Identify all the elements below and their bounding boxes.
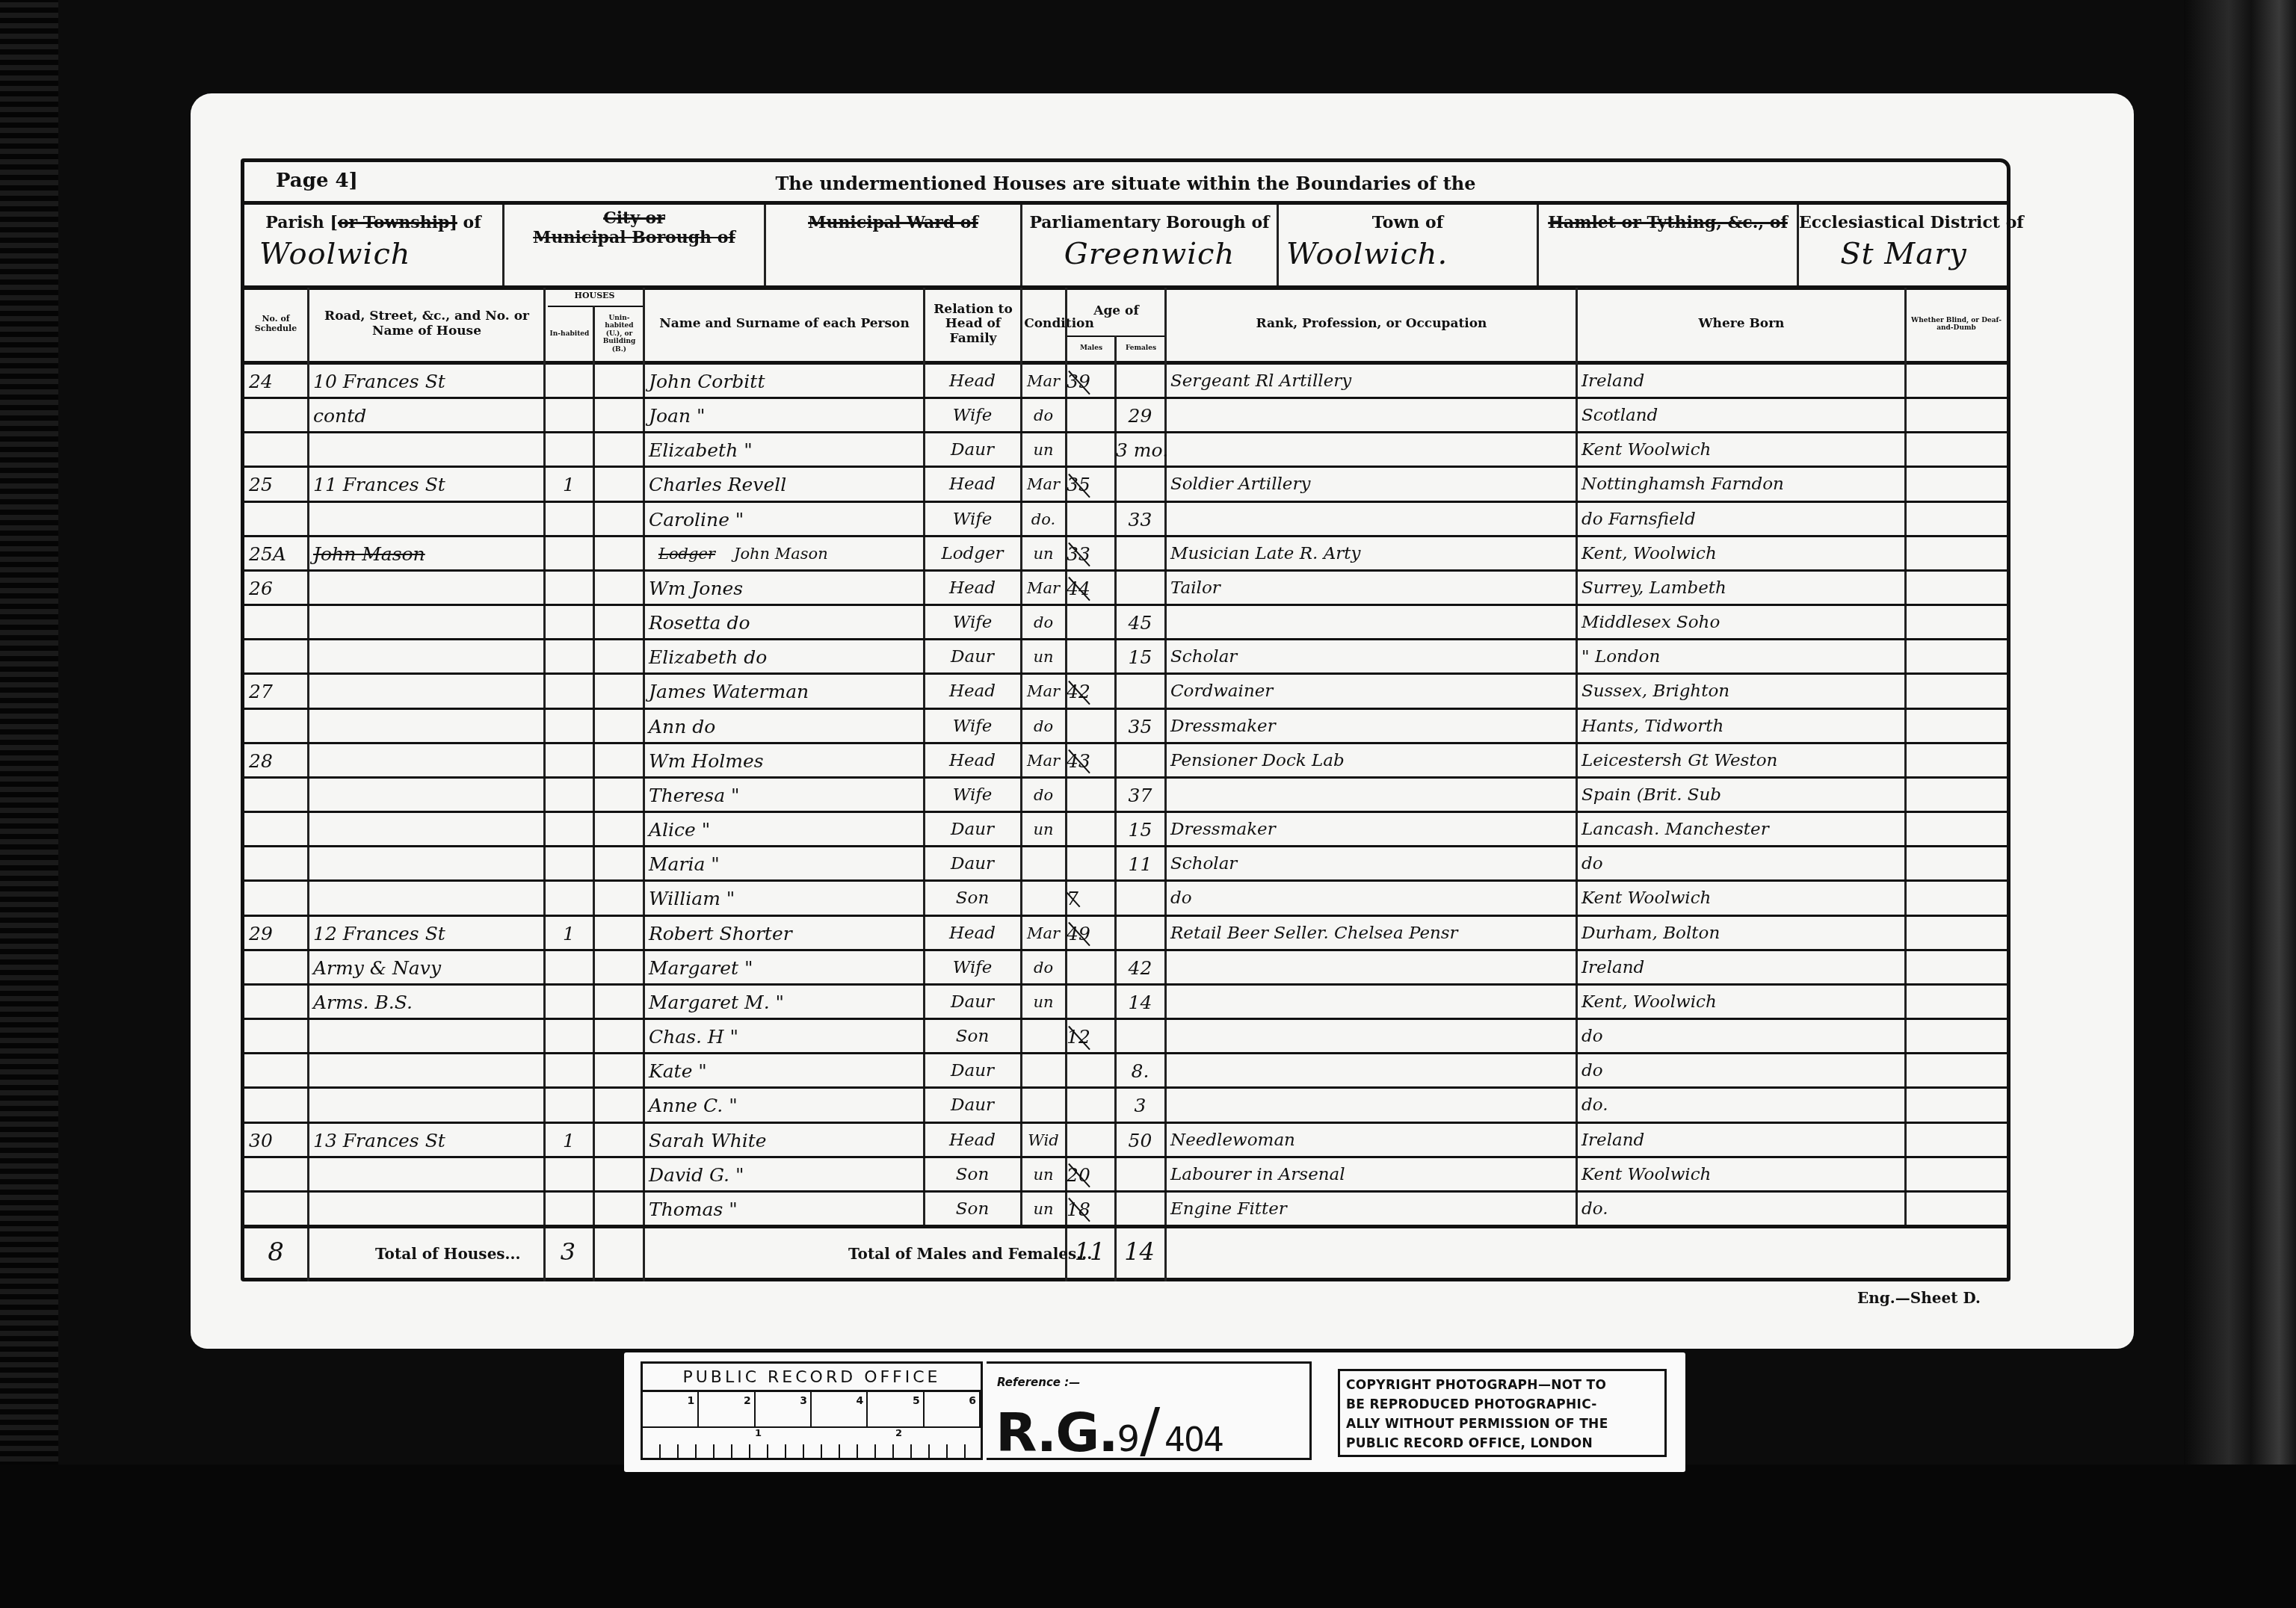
inhabited-count — [545, 365, 593, 399]
condition — [1022, 1020, 1065, 1054]
occupation: Tailor — [1166, 572, 1576, 606]
cm-mark: 4 — [812, 1392, 868, 1426]
female-age: 33 — [1116, 503, 1164, 537]
cm-mark: 5 — [868, 1392, 924, 1426]
relation: Wife — [925, 606, 1020, 640]
table-row: Caroline "Wifedo.33do Farnsfield — [244, 503, 2007, 537]
address — [309, 744, 543, 779]
where-born: do — [1577, 1054, 1904, 1089]
where-born: do — [1577, 1020, 1904, 1054]
address: Army & Navy — [309, 951, 543, 986]
cm-mark: 3 — [756, 1392, 812, 1426]
table-row: William "Son7doKent Woolwich — [244, 882, 2007, 916]
struck-text: or Township] — [338, 213, 457, 232]
condition: Mar — [1022, 675, 1065, 709]
occupation — [1166, 779, 1576, 813]
condition: un — [1022, 537, 1065, 572]
male-age — [1067, 399, 1114, 433]
inhabited-count — [545, 640, 593, 675]
struck-name: Lodger — [654, 537, 715, 572]
col-header-schedule: No. of Schedule — [244, 288, 307, 361]
relation: Head — [925, 917, 1020, 951]
col-header-occupation: Rank, Profession, or Occupation — [1166, 288, 1577, 361]
condition: Mar — [1022, 744, 1065, 779]
female-age — [1116, 1020, 1164, 1054]
condition: un — [1022, 433, 1065, 468]
male-age — [1067, 1054, 1114, 1089]
male-age — [1067, 503, 1114, 537]
inhabited-count — [545, 813, 593, 847]
male-age: 39 — [1067, 371, 1090, 392]
address — [309, 1193, 543, 1227]
occupation — [1166, 399, 1576, 433]
occupation: do — [1166, 882, 1576, 916]
occupation — [1166, 986, 1576, 1020]
schedule-number — [244, 433, 307, 468]
col-header-address: Road, Street, &c., and No. or Name of Ho… — [309, 288, 545, 361]
boundary-parliamentary-borough: Parliamentary Borough of Greenwich — [1022, 205, 1277, 288]
table-row: David G. "Sonun20Labourer in ArsenalKent… — [244, 1158, 2007, 1193]
inhabited-count: 1 — [545, 468, 593, 502]
condition: do — [1022, 710, 1065, 744]
parish-value: Woolwich — [244, 237, 502, 271]
person-name: Sarah White — [644, 1124, 923, 1158]
relation: Head — [925, 675, 1020, 709]
relation: Son — [925, 1158, 1020, 1193]
table-row: Arms. B.S.Margaret M. "Daurun14Kent, Woo… — [244, 986, 2007, 1020]
person-name: Charles Revell — [644, 468, 923, 502]
condition: do — [1022, 951, 1065, 986]
col-header-relation: Relation to Head of Family — [925, 288, 1022, 361]
col-header-houses: HOUSES — [545, 288, 644, 304]
address: Arms. B.S. — [309, 986, 543, 1020]
schedule-number — [244, 1089, 307, 1123]
inhabited-count — [545, 744, 593, 779]
divider — [244, 201, 2007, 205]
address — [309, 779, 543, 813]
male-age — [1067, 847, 1114, 882]
female-age: 3 mo. — [1116, 433, 1164, 468]
schedule-number — [244, 1193, 307, 1227]
schedule-number: 24 — [244, 365, 307, 399]
table-row: Elizabeth "Daurun3 mo.Kent Woolwich — [244, 433, 2007, 468]
male-age — [1067, 813, 1114, 847]
boundary-hamlet: Hamlet or Tything, &c., of — [1539, 205, 1797, 288]
col-header-name: Name and Surname of each Person — [644, 288, 925, 361]
col-header-uninhabited: Unin-habited (U.), or Building (B.) — [594, 307, 644, 361]
person-name: Thomas " — [644, 1193, 923, 1227]
condition: Mar — [1022, 572, 1065, 606]
condition — [1022, 882, 1065, 916]
schedule-number — [244, 1020, 307, 1054]
cm-mark: 2 — [699, 1392, 755, 1426]
occupation: Sergeant Rl Artillery — [1166, 365, 1576, 399]
table-row: Rosetta doWifedo45Middlesex Soho — [244, 606, 2007, 640]
cm-mark: 1 — [643, 1392, 699, 1426]
boundaries-title: The undermentioned Houses are situate wi… — [244, 173, 2007, 194]
town-value: Woolwich. — [1279, 237, 1537, 271]
male-age: 7 — [1067, 888, 1078, 909]
census-page: Page 4] The undermentioned Houses are si… — [191, 93, 2134, 1349]
where-born: do. — [1577, 1089, 1904, 1123]
col-header-males: Males — [1067, 335, 1116, 361]
inch-mark: 2 — [895, 1428, 902, 1439]
male-age: 12 — [1067, 1026, 1090, 1048]
table-row: Army & NavyMargaret "Wifedo42Ireland — [244, 951, 2007, 986]
female-age: 50 — [1116, 1124, 1164, 1158]
relation: Wife — [925, 710, 1020, 744]
schedule-number: 25A — [244, 537, 307, 572]
address — [309, 847, 543, 882]
census-entries: 2410 Frances StJohn CorbittHeadMar39Serg… — [244, 365, 2007, 1227]
table-row: Alice "Daurun15DressmakerLancash. Manche… — [244, 813, 2007, 847]
schedule-number: 26 — [244, 572, 307, 606]
person-name: Margaret " — [644, 951, 923, 986]
occupation: Retail Beer Seller. Chelsea Pensr — [1166, 917, 1576, 951]
relation: Head — [925, 468, 1020, 502]
person-name: Maria " — [644, 847, 923, 882]
person-name: John Corbitt — [644, 365, 923, 399]
person-name: Ann do — [644, 710, 923, 744]
relation: Daur — [925, 847, 1020, 882]
female-age — [1116, 917, 1164, 951]
where-born: Kent Woolwich — [1577, 882, 1904, 916]
col-header-inhabited: In-habited — [545, 307, 594, 361]
condition — [1022, 1054, 1065, 1089]
condition: un — [1022, 1193, 1065, 1227]
address — [309, 1158, 543, 1193]
table-row: 28Wm HolmesHeadMar43Pensioner Dock LabLe… — [244, 744, 2007, 779]
schedule-number — [244, 606, 307, 640]
inhabited-count — [545, 537, 593, 572]
female-age: 8. — [1116, 1054, 1164, 1089]
table-row: Anne C. "Daur3do. — [244, 1089, 2007, 1123]
male-age: 35 — [1067, 474, 1090, 495]
address — [309, 572, 543, 606]
relation: Head — [925, 365, 1020, 399]
table-row: Theresa "Wifedo37Spain (Brit. Sub — [244, 779, 2007, 813]
table-row: 2410 Frances StJohn CorbittHeadMar39Serg… — [244, 365, 2007, 399]
occupation — [1166, 503, 1576, 537]
address: 12 Frances St — [309, 917, 543, 951]
condition — [1022, 847, 1065, 882]
address — [309, 606, 543, 640]
table-row: Maria "Daur11Scholardo — [244, 847, 2007, 882]
condition: un — [1022, 1158, 1065, 1193]
address: contd — [309, 399, 543, 433]
inhabited-count — [545, 503, 593, 537]
female-age — [1116, 365, 1164, 399]
person-name: Wm Holmes — [644, 744, 923, 779]
occupation: Musician Late R. Arty — [1166, 537, 1576, 572]
where-born: Sussex, Brighton — [1577, 675, 1904, 709]
occupation: Needlewoman — [1166, 1124, 1576, 1158]
table-row: 26Wm JonesHeadMar44TailorSurrey, Lambeth — [244, 572, 2007, 606]
inhabited-count — [545, 1054, 593, 1089]
male-age: 20 — [1067, 1164, 1090, 1186]
relation: Son — [925, 1020, 1020, 1054]
relation: Wife — [925, 779, 1020, 813]
schedule-number: 28 — [244, 744, 307, 779]
table-row: contdJoan "Wifedo29Scotland — [244, 399, 2007, 433]
inhabited-count — [545, 779, 593, 813]
schedule-number — [244, 813, 307, 847]
boundary-municipal-borough: City or Municipal Borough of — [504, 205, 764, 288]
person-name: Anne C. " — [644, 1089, 923, 1123]
condition: do. — [1022, 503, 1065, 537]
inhabited-count: 1 — [545, 1124, 593, 1158]
condition: Wid — [1022, 1124, 1065, 1158]
occupation: Scholar — [1166, 847, 1576, 882]
total-males-value: 11 — [1065, 1237, 1114, 1266]
person-name: Caroline " — [644, 503, 923, 537]
address — [309, 1054, 543, 1089]
female-age: 15 — [1116, 813, 1164, 847]
condition: Mar — [1022, 365, 1065, 399]
inhabited-count — [545, 399, 593, 433]
male-age — [1067, 1124, 1114, 1158]
condition: un — [1022, 813, 1065, 847]
male-age: 42 — [1067, 681, 1090, 702]
boundary-parish: Parish [or Township] of Woolwich — [244, 205, 502, 288]
where-born: Leicestersh Gt Weston — [1577, 744, 1904, 779]
inhabited-count — [545, 1089, 593, 1123]
male-age — [1067, 710, 1114, 744]
inhabited-count — [545, 951, 593, 986]
record-office-label: PUBLIC RECORD OFFICE 123456 1 2 Referenc… — [624, 1352, 1685, 1472]
inhabited-count — [545, 986, 593, 1020]
person-name: Margaret M. " — [644, 986, 923, 1020]
where-born: Lancash. Manchester — [1577, 813, 1904, 847]
col-header-infirmity: Whether Blind, or Deaf-and-Dumb — [1906, 288, 2007, 361]
where-born: Spain (Brit. Sub — [1577, 779, 1904, 813]
scale-ruler: PUBLIC RECORD OFFICE 123456 1 2 — [641, 1361, 983, 1460]
male-age: 44 — [1067, 578, 1090, 599]
where-born: Surrey, Lambeth — [1577, 572, 1904, 606]
schedule-number: 30 — [244, 1124, 307, 1158]
female-age: 3 — [1116, 1089, 1164, 1123]
address: 13 Frances St — [309, 1124, 543, 1158]
person-name: Wm Jones — [644, 572, 923, 606]
female-age: 35 — [1116, 710, 1164, 744]
total-houses-value: 3 — [543, 1237, 593, 1266]
address — [309, 675, 543, 709]
relation: Lodger — [925, 537, 1020, 572]
where-born: Kent, Woolwich — [1577, 537, 1904, 572]
male-age: 33 — [1067, 543, 1090, 565]
occupation: Soldier Artillery — [1166, 468, 1576, 502]
table-row: 3013 Frances St1Sarah WhiteHeadWid50Need… — [244, 1124, 2007, 1158]
address — [309, 433, 543, 468]
schedule-number — [244, 847, 307, 882]
female-age: 37 — [1116, 779, 1164, 813]
census-form: Page 4] The undermentioned Houses are si… — [241, 158, 2010, 1281]
male-age: 43 — [1067, 750, 1090, 772]
table-row: 2912 Frances St1Robert ShorterHeadMar49R… — [244, 917, 2007, 951]
schedule-number: 27 — [244, 675, 307, 709]
schedule-number — [244, 399, 307, 433]
relation: Wife — [925, 399, 1020, 433]
inhabited-count: 1 — [545, 917, 593, 951]
female-age — [1116, 675, 1164, 709]
relation: Head — [925, 744, 1020, 779]
boundary-ecclesiastical-district: Ecclesiastical District of St Mary — [1799, 205, 2008, 288]
table-row: Elizabeth doDaurun15Scholar" London — [244, 640, 2007, 675]
occupation: Engine Fitter — [1166, 1193, 1576, 1227]
relation: Wife — [925, 951, 1020, 986]
where-born: Ireland — [1577, 365, 1904, 399]
occupation: Dressmaker — [1166, 813, 1576, 847]
table-row: Thomas "Sonun18Engine Fitterdo. — [244, 1193, 2007, 1227]
film-border-right — [2184, 0, 2296, 1608]
film-border-left — [0, 0, 58, 1608]
copyright-notice: COPYRIGHT PHOTOGRAPH—NOT TO BE REPRODUCE… — [1338, 1369, 1667, 1457]
schedule-number — [244, 779, 307, 813]
condition: Mar — [1022, 468, 1065, 502]
address: 11 Frances St — [309, 468, 543, 502]
where-born: do Farnsfield — [1577, 503, 1904, 537]
relation: Daur — [925, 433, 1020, 468]
total-houses-label: Total of Houses... — [375, 1245, 521, 1263]
male-age: 18 — [1067, 1199, 1090, 1220]
male-age — [1067, 433, 1114, 468]
occupation — [1166, 1089, 1576, 1123]
condition: Mar — [1022, 917, 1065, 951]
sheet-label: Eng.—Sheet D. — [1857, 1289, 1981, 1307]
condition — [1022, 1089, 1065, 1123]
person-name: Kate " — [644, 1054, 923, 1089]
female-age: 29 — [1116, 399, 1164, 433]
condition: un — [1022, 986, 1065, 1020]
boundary-municipal-ward: Municipal Ward of — [766, 205, 1020, 288]
person-name: Alice " — [644, 813, 923, 847]
female-age: 15 — [1116, 640, 1164, 675]
person-name: Rosetta do — [644, 606, 923, 640]
total-females-value: 14 — [1114, 1237, 1164, 1266]
relation: Son — [925, 1193, 1020, 1227]
female-age — [1116, 468, 1164, 502]
person-name: Chas. H " — [644, 1020, 923, 1054]
relation: Son — [925, 882, 1020, 916]
person-name: James Waterman — [644, 675, 923, 709]
occupation: Dressmaker — [1166, 710, 1576, 744]
address — [309, 813, 543, 847]
where-born: Scotland — [1577, 399, 1904, 433]
table-row: Ann doWifedo35DressmakerHants, Tidworth — [244, 710, 2007, 744]
occupation — [1166, 951, 1576, 986]
occupation — [1166, 433, 1576, 468]
address — [309, 710, 543, 744]
where-born: Kent Woolwich — [1577, 1158, 1904, 1193]
person-name: Elizabeth " — [644, 433, 923, 468]
relation: Head — [925, 572, 1020, 606]
schedule-number — [244, 640, 307, 675]
occupation: Labourer in Arsenal — [1166, 1158, 1576, 1193]
relation: Daur — [925, 640, 1020, 675]
inhabited-count — [545, 1158, 593, 1193]
boundary-town: Town of Woolwich. — [1279, 205, 1537, 288]
table-row: 25AJohn MasonJohn MasonLodgerun33Musicia… — [244, 537, 2007, 572]
person-name: David G. " — [644, 1158, 923, 1193]
inhabited-count — [545, 847, 593, 882]
schedule-number — [244, 1158, 307, 1193]
where-born: Kent, Woolwich — [1577, 986, 1904, 1020]
occupation: Scholar — [1166, 640, 1576, 675]
col-header-females: Females — [1116, 335, 1166, 361]
inhabited-count — [545, 1193, 593, 1227]
schedule-count: 8 — [244, 1237, 307, 1267]
inch-mark: 1 — [755, 1428, 762, 1439]
male-age — [1067, 1089, 1114, 1123]
schedule-number — [244, 503, 307, 537]
address: John Mason — [309, 537, 543, 572]
table-row: Chas. H "Son12do — [244, 1020, 2007, 1054]
inhabited-count — [545, 675, 593, 709]
where-born: do — [1577, 847, 1904, 882]
male-age — [1067, 606, 1114, 640]
ecclesiastical-district-value: St Mary — [1799, 237, 2008, 271]
female-age — [1116, 1193, 1164, 1227]
person-name: Robert Shorter — [644, 917, 923, 951]
schedule-number: 25 — [244, 468, 307, 502]
total-persons-label: Total of Males and Females... — [848, 1245, 1092, 1263]
table-row: Kate "Daur8.do — [244, 1054, 2007, 1089]
inhabited-count — [545, 710, 593, 744]
occupation — [1166, 1054, 1576, 1089]
inhabited-count — [545, 1020, 593, 1054]
reference-box: Reference :— R.G.9/404 — [987, 1361, 1312, 1460]
occupation: Cordwainer — [1166, 675, 1576, 709]
male-age — [1067, 640, 1114, 675]
relation: Daur — [925, 1054, 1020, 1089]
person-name: Joan " — [644, 399, 923, 433]
where-born: Ireland — [1577, 1124, 1904, 1158]
female-age — [1116, 537, 1164, 572]
address — [309, 882, 543, 916]
relation: Wife — [925, 503, 1020, 537]
male-age — [1067, 779, 1114, 813]
address — [309, 503, 543, 537]
schedule-number — [244, 951, 307, 986]
film-border-bottom — [0, 1465, 2296, 1608]
where-born: Durham, Bolton — [1577, 917, 1904, 951]
female-age — [1116, 572, 1164, 606]
relation: Daur — [925, 986, 1020, 1020]
address — [309, 1020, 543, 1054]
relation: Head — [925, 1124, 1020, 1158]
female-age — [1116, 1158, 1164, 1193]
female-age — [1116, 744, 1164, 779]
schedule-number — [244, 1054, 307, 1089]
schedule-number — [244, 986, 307, 1020]
address: 10 Frances St — [309, 365, 543, 399]
occupation: Pensioner Dock Lab — [1166, 744, 1576, 779]
relation: Daur — [925, 1089, 1020, 1123]
where-born: Nottinghamsh Farndon — [1577, 468, 1904, 502]
where-born: Middlesex Soho — [1577, 606, 1904, 640]
where-born: Ireland — [1577, 951, 1904, 986]
inhabited-count — [545, 606, 593, 640]
person-name: Elizabeth do — [644, 640, 923, 675]
schedule-number: 29 — [244, 917, 307, 951]
male-age — [1067, 951, 1114, 986]
cm-mark: 6 — [925, 1392, 981, 1426]
totals-row: 8 Total of Houses... 3 Total of Males an… — [244, 1227, 2007, 1281]
where-born: do. — [1577, 1193, 1904, 1227]
female-age: 11 — [1116, 847, 1164, 882]
female-age: 14 — [1116, 986, 1164, 1020]
col-header-age: Age of — [1067, 288, 1166, 335]
